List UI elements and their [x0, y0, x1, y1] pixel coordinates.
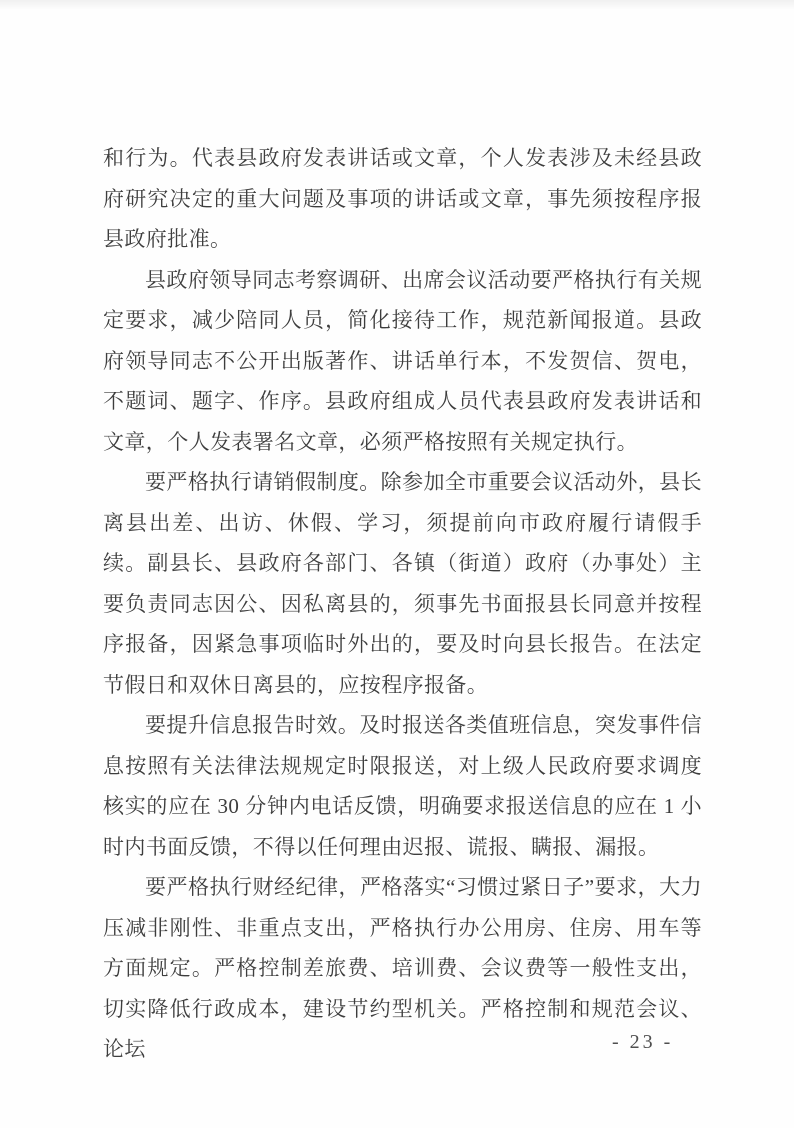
- paragraph: 县政府领导同志考察调研、出席会议活动要严格执行有关规定要求，减少陪同人员，简化接…: [103, 260, 702, 463]
- page-number: - 23 -: [612, 1029, 673, 1055]
- paragraph: 要提升信息报告时效。及时报送各类值班信息，突发事件信息按照有关法律法规规定时限报…: [103, 705, 702, 867]
- document-page: 和行为。代表县政府发表讲话或文章，个人发表涉及未经县政府研究决定的重大问题及事项…: [0, 0, 794, 1128]
- paragraph: 和行为。代表县政府发表讲话或文章，个人发表涉及未经县政府研究决定的重大问题及事项…: [103, 138, 702, 260]
- document-body: 和行为。代表县政府发表讲话或文章，个人发表涉及未经县政府研究决定的重大问题及事项…: [103, 138, 702, 1070]
- paragraph: 要严格执行请销假制度。除参加全市重要会议活动外，县长离县出差、出访、休假、学习，…: [103, 462, 702, 705]
- scan-edge-artifact: [0, 0, 794, 10]
